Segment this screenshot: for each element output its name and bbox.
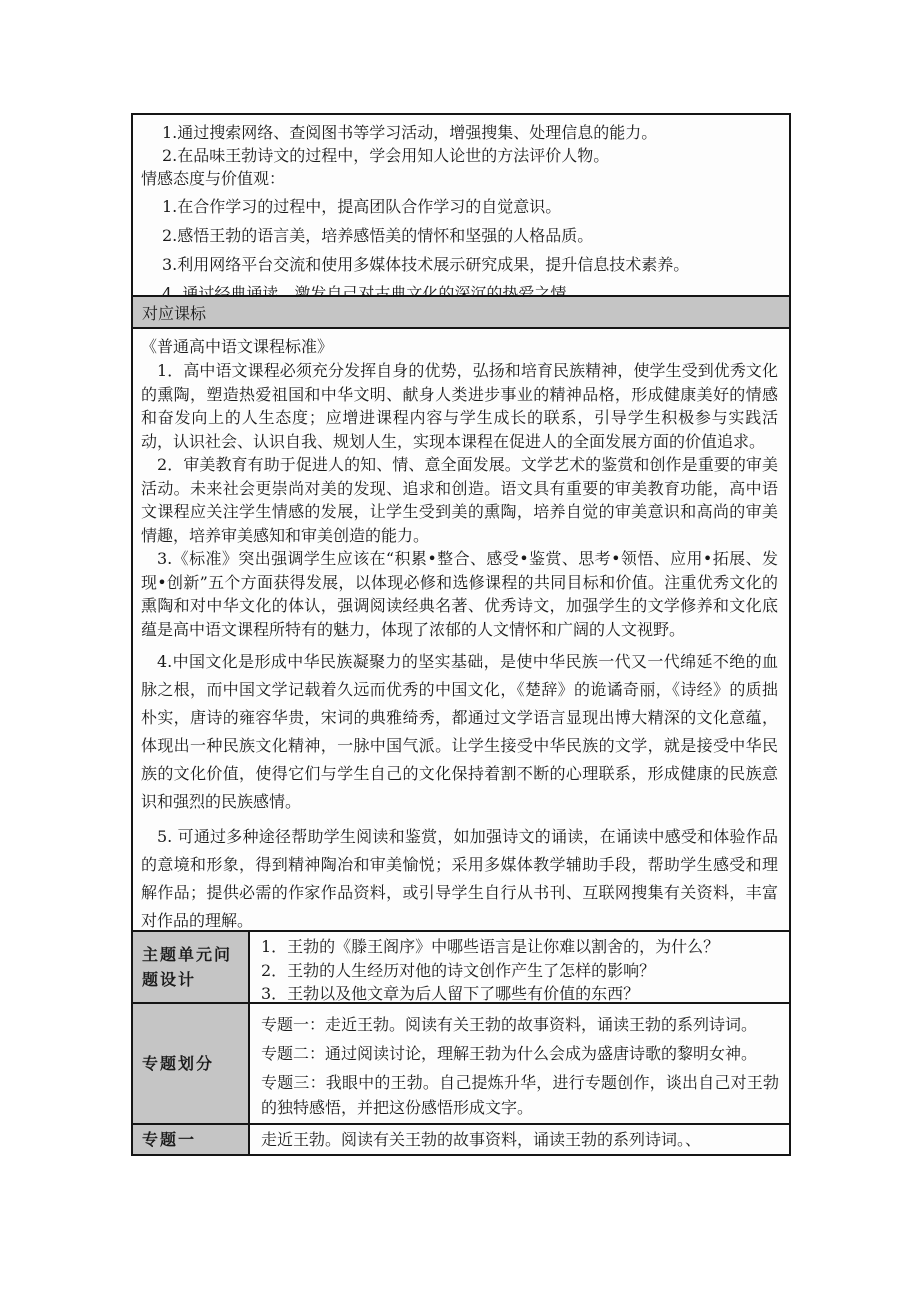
topic-division-label-cell: 专题划分 bbox=[133, 1004, 250, 1123]
document-page: 1.通过搜索网络、查阅图书等学习活动，增强搜集、处理信息的能力。 2.在品味王勃… bbox=[0, 0, 920, 1302]
topic-one-label-cell: 专题一 bbox=[133, 1125, 250, 1154]
objective-line: 1.在合作学习的过程中，提高团队合作学习的自觉意识。 bbox=[141, 194, 777, 219]
topic-one-label: 专题一 bbox=[142, 1127, 196, 1152]
topic-line: 专题三：我眼中的王勃。自己提炼升华，进行专题创作，谈出自己对王勃的独特感悟，并把… bbox=[261, 1070, 779, 1120]
objectives-cell: 1.通过搜索网络、查阅图书等学习活动，增强搜集、处理信息的能力。 2.在品味王勃… bbox=[133, 115, 789, 295]
unit-questions-label: 主题单元问题设计 bbox=[142, 942, 239, 992]
question-line: 3．王勃以及他文章为后人留下了哪些有价值的东西？ bbox=[261, 982, 779, 1002]
standards-header-row: 对应课标 bbox=[133, 295, 789, 327]
topic-one-text: 走近王勃。阅读有关王勃的故事资料，诵读王勃的系列诗词。、 bbox=[261, 1128, 701, 1151]
question-line: 1．王勃的《滕王阁序》中哪些语言是让你难以割舍的，为什么？ bbox=[261, 935, 779, 959]
standards-paragraph-1: 1．高中语文课程必须充分发挥自身的优势，弘扬和培育民族精神，使学生受到优秀文化的… bbox=[141, 359, 778, 453]
objective-line: 2.感悟王勃的语言美，培养感悟美的情怀和坚强的人格品质。 bbox=[141, 223, 777, 248]
topic-division-row: 专题划分 专题一：走近王勃。阅读有关王勃的故事资料，诵读王勃的系列诗词。 专题二… bbox=[133, 1002, 789, 1123]
topic-division-label: 专题划分 bbox=[142, 1051, 214, 1076]
unit-questions-row: 主题单元问题设计 1．王勃的《滕王阁序》中哪些语言是让你难以割舍的，为什么？ 2… bbox=[133, 930, 789, 1002]
standards-paragraph-3: 3.《标准》突出强调学生应该在“积累•整合、感受•鉴赏、思考•领悟、应用•拓展、… bbox=[141, 547, 778, 641]
standards-cell: 《普通高中语文课程标准》 1．高中语文课程必须充分发挥自身的优势，弘扬和培育民族… bbox=[133, 327, 789, 930]
question-line: 2．王勃的人生经历对他的诗文创作产生了怎样的影响？ bbox=[261, 959, 779, 983]
unit-design-table: 1.通过搜索网络、查阅图书等学习活动，增强搜集、处理信息的能力。 2.在品味王勃… bbox=[131, 113, 791, 1156]
objectives-subheading: 情感态度与价值观： bbox=[141, 167, 777, 190]
objective-line: 1.通过搜索网络、查阅图书等学习活动，增强搜集、处理信息的能力。 bbox=[141, 121, 777, 144]
standards-paragraph-2: 2．审美教育有助于促进人的知、情、意全面发展。文学艺术的鉴赏和创作是重要的审美活… bbox=[141, 453, 778, 547]
topic-division-content: 专题一：走近王勃。阅读有关王勃的故事资料，诵读王勃的系列诗词。 专题二：通过阅读… bbox=[250, 1004, 789, 1123]
standards-header-label: 对应课标 bbox=[142, 301, 206, 324]
standards-paragraph-5: 5. 可通过多种途径帮助学生阅读和鉴赏，如加强诗文的诵读，在诵读中感受和体验作品… bbox=[141, 823, 778, 930]
objective-line: 3.利用网络平台交流和使用多媒体技术展示研究成果，提升信息技术素养。 bbox=[141, 252, 777, 277]
standards-title: 《普通高中语文课程标准》 bbox=[141, 335, 778, 359]
topic-one-row: 专题一 走近王勃。阅读有关王勃的故事资料，诵读王勃的系列诗词。、 bbox=[133, 1123, 789, 1154]
unit-questions-content: 1．王勃的《滕王阁序》中哪些语言是让你难以割舍的，为什么？ 2．王勃的人生经历对… bbox=[250, 932, 789, 1002]
objective-line: 4. 通过经典诵读，激发自己对古典文化的深沉的热爱之情。 bbox=[141, 281, 777, 295]
objective-line: 2.在品味王勃诗文的过程中，学会用知人论世的方法评价人物。 bbox=[141, 144, 777, 167]
topic-one-content: 走近王勃。阅读有关王勃的故事资料，诵读王勃的系列诗词。、 bbox=[250, 1125, 789, 1154]
standards-paragraph-4: 4.中国文化是形成中华民族凝聚力的坚实基础，是使中华民族一代又一代绵延不绝的血脉… bbox=[141, 648, 778, 816]
topic-line: 专题一：走近王勃。阅读有关王勃的故事资料，诵读王勃的系列诗词。 bbox=[261, 1012, 779, 1037]
topic-line: 专题二：通过阅读讨论，理解王勃为什么会成为盛唐诗歌的黎明女神。 bbox=[261, 1041, 779, 1066]
unit-questions-label-cell: 主题单元问题设计 bbox=[133, 932, 250, 1002]
